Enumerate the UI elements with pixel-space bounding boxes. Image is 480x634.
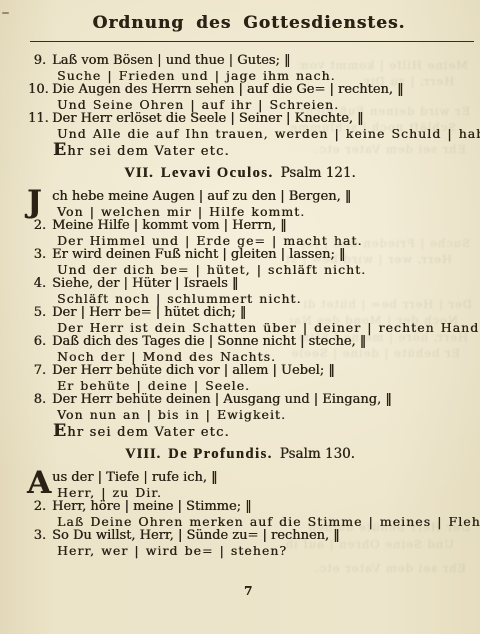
verse-number: 9. [28,54,46,69]
bleed-through-text: Ehr sei dem Vater etc. [314,561,466,575]
verse-number: 8. [28,393,46,408]
gloria-patri-line: Ehr sei dem Vater etc. [53,424,470,440]
gloria-patri-line: Ehr sei dem Vater etc. [53,143,470,159]
psalm-verse: 11.Der Herr erlöset die Seele | Seiner |… [28,112,470,141]
verse-call-line: 4.Siehe, der | Hüter | Israels ‖ [28,277,470,292]
verse-response-text: Er behüte | deine | Seele. [57,379,470,394]
verse-response-text: Von nun an | bis in | Ewigkeit. [57,408,470,423]
psalm-verse: 3.So Du willst, Herr, | Sünde zu= | rech… [28,529,470,558]
section-latin-title: De Profundis. [168,446,273,462]
section-latin-title: Levavi Oculos. [161,165,274,181]
verse-response-text: Der Himmel und | Erde ge= | macht hat. [57,234,470,249]
verse-response-text: Und der dich be= | hütet, | schläft nich… [57,263,470,278]
psalm-reference: Psalm 130. [280,446,355,462]
verse-call-line: ch hebe meine Augen | auf zu den | Berge… [28,190,470,205]
verse-call-text: us der | Tiefe | rufe ich, ‖ [52,470,218,485]
psalm-verse: 7.Der Herr behüte dich vor | allem | Ueb… [28,364,470,393]
verse-call-line: 3.Er wird deinen Fuß nicht | gleiten | l… [28,248,470,263]
verse-number: 4. [28,277,46,292]
psalm-section-continued: 9.Laß vom Bösen | und thue | Gutes; ‖ Su… [28,54,470,159]
verse-response-text: Noch der | Mond des Nachts. [57,350,470,365]
verse-call-text: Daß dich des Tages die | Sonne nicht | s… [52,334,366,349]
psalm-section-levavi-oculos: VII.Levavi Oculos.Psalm 121. J ch hebe m… [28,164,470,440]
verse-response-text: Schläft noch | schlummert nicht. [57,292,470,307]
psalm-verse: 10.Die Augen des Herrn sehen | auf die G… [28,83,470,112]
verse-number: 6. [28,335,46,350]
verse-call-line: 8.Der Herr behüte deinen | Ausgang und |… [28,393,470,408]
verse-call-line: 3.So Du willst, Herr, | Sünde zu= | rech… [28,529,470,544]
verse-call-text: Er wird deinen Fuß nicht | gleiten | las… [52,247,345,262]
verse-response-text: Von | welchen mir | Hilfe kommt. [57,205,470,220]
page-title: Ordnung des Gottesdienstes. [28,13,470,34]
verse-number: 10. [28,83,46,98]
verse-response-text: Und Alle die auf Ihn trauen, werden | ke… [57,127,470,142]
scan-artifact [2,12,9,14]
verse-call-text: Die Augen des Herrn sehen | auf die Ge= … [52,82,404,97]
psalm-verse: 8.Der Herr behüte deinen | Ausgang und |… [28,393,470,422]
psalm-verse: 2.Herr, höre | meine | Stimme; ‖ Laß Dei… [28,500,470,529]
verse-number: 5. [28,306,46,321]
verse-call-line: 2.Meine Hilfe | kommt vom | Herrn, ‖ [28,219,470,234]
verse-call-text: Siehe, der | Hüter | Israels ‖ [52,276,238,291]
title-rule [30,41,474,42]
drop-cap-initial: J [27,187,42,218]
psalm-verse-dropcap: A us der | Tiefe | rufe ich, ‖ Herr, | z… [28,471,470,500]
verse-response-text: Und Seine Ohren | auf ihr | Schreien. [57,98,470,113]
verse-call-line: 9.Laß vom Bösen | und thue | Gutes; ‖ [28,54,470,69]
verse-call-line: us der | Tiefe | rufe ich, ‖ [28,471,470,486]
psalm-verse-dropcap: J ch hebe meine Augen | auf zu den | Ber… [28,190,470,219]
section-numeral: VII. [124,165,153,181]
verse-number: 3. [28,248,46,263]
verse-call-text: Meine Hilfe | kommt vom | Herrn, ‖ [52,218,287,233]
psalm-section-de-profundis: VIII.De Profundis.Psalm 130. A us der | … [28,445,470,558]
verse-call-text: Der | Herr be= | hütet dich; ‖ [52,305,246,320]
psalm-verse: 3.Er wird deinen Fuß nicht | gleiten | l… [28,248,470,277]
verse-number: 7. [28,364,46,379]
verse-response-text: Herr, wer | wird be= | stehen? [57,544,470,559]
section-heading: VIII.De Profundis.Psalm 130. [28,445,452,464]
verse-call-line: 11.Der Herr erlöset die Seele | Seiner |… [28,112,470,127]
verse-number: 2. [28,500,46,515]
book-page: Ordnung des Gottesdienstes. 9.Laß vom Bö… [0,0,480,634]
verse-call-text: Laß vom Bösen | und thue | Gutes; ‖ [52,53,290,68]
verse-response-text: Der Herr ist dein Schatten über | deiner… [57,321,470,336]
drop-cap-initial: A [27,468,51,499]
verse-call-line: 6.Daß dich des Tages die | Sonne nicht |… [28,335,470,350]
verse-response-text: Laß Deine Ohren merken auf die Stimme | … [57,515,470,530]
psalm-reference: Psalm 121. [281,165,356,181]
page-number: 7 [244,584,252,598]
verse-number: 3. [28,529,46,544]
psalm-verse: 9.Laß vom Bösen | und thue | Gutes; ‖ Su… [28,54,470,83]
verse-response-text: Herr, | zu Dir. [57,486,470,501]
verse-response-text: Suche | Frieden und | jage ihm nach. [57,69,470,84]
section-heading: VII.Levavi Oculos.Psalm 121. [28,164,452,183]
verse-call-line: 7.Der Herr behüte dich vor | allem | Ueb… [28,364,470,379]
verse-call-text: Der Herr erlöset die Seele | Seiner | Kn… [52,111,364,126]
psalm-verse: 5.Der | Herr be= | hütet dich; ‖ Der Her… [28,306,470,335]
psalm-verse: 4.Siehe, der | Hüter | Israels ‖ Schläft… [28,277,470,306]
psalm-verse: 6.Daß dich des Tages die | Sonne nicht |… [28,335,470,364]
verse-number: 11. [28,112,46,127]
verse-number: 2. [28,219,46,234]
verse-call-line: 2.Herr, höre | meine | Stimme; ‖ [28,500,470,515]
verse-call-text: ch hebe meine Augen | auf zu den | Berge… [52,189,351,204]
psalm-verse: 2.Meine Hilfe | kommt vom | Herrn, ‖ Der… [28,219,470,248]
section-numeral: VIII. [125,446,161,462]
verse-call-line: 5.Der | Herr be= | hütet dich; ‖ [28,306,470,321]
verse-call-text: Herr, höre | meine | Stimme; ‖ [52,499,252,514]
verse-call-line: 10.Die Augen des Herrn sehen | auf die G… [28,83,470,98]
verse-call-text: So Du willst, Herr, | Sünde zu= | rechne… [52,528,340,543]
verse-call-text: Der Herr behüte dich vor | allem | Uebel… [52,363,335,378]
verse-call-text: Der Herr behüte deinen | Ausgang und | E… [52,392,392,407]
